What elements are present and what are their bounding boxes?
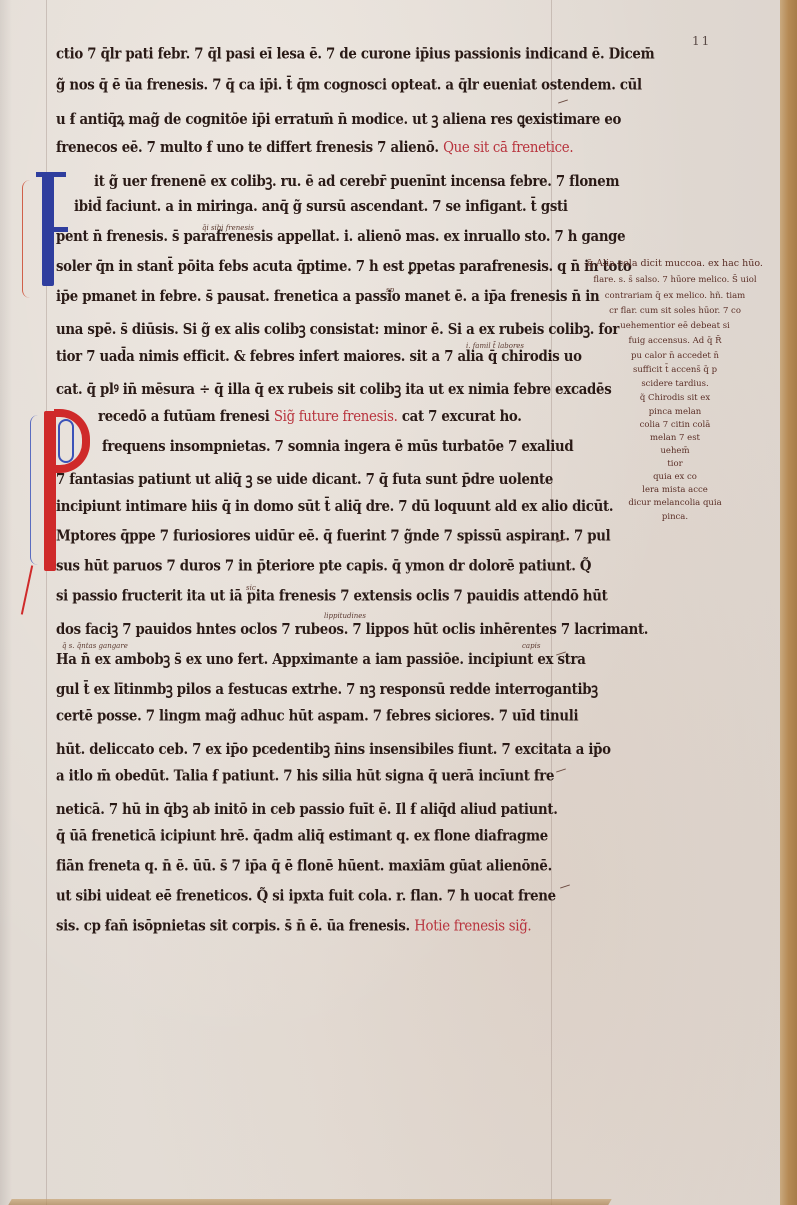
text-line: incipiunt intimare hiis q̄ in domo sūt t… (56, 498, 613, 528)
text-line: frequens insompnietas. 7 somnia ingera ē… (102, 438, 573, 468)
margin-note-line: uehementior eē debeat si (575, 321, 775, 331)
text-line: frenecos eē. 7 multo ẜ uno te differt fr… (56, 139, 573, 169)
margin-note-line: tior (575, 459, 775, 469)
text-line: sus hūt paruos 7 duros 7 in p̄teriore pt… (56, 558, 591, 588)
margin-mark (556, 768, 566, 772)
margin-note-line: dicur melancolia quia (575, 498, 775, 508)
margin-note-line: contrariam q̄ ex melico. hñ. tiam (575, 291, 775, 301)
initial-flourish-red (22, 180, 33, 298)
margin-note-line: lera mista acce (575, 485, 775, 495)
text-line: ip̄e pmanet in febre. s̄ pausat. freneti… (56, 288, 599, 318)
page-bottom-edge (8, 1199, 611, 1205)
text-line: pent n̄ frenesis. s̄ parafrenesis appell… (56, 228, 625, 258)
manuscript-page: 11 ctio 7 q̄lr pati febr. 7 q̄l pasi eī … (0, 0, 780, 1205)
text-line: tior 7 uad̄a nimis efficit. & febres inf… (56, 348, 582, 378)
interlinear-gloss: q̄ s. q̄ntas gangare (62, 642, 128, 650)
text-line: cat. q̄ plꝰ in̄ mēsura ÷ q̄ illa q̄ ex r… (56, 378, 611, 408)
text-line: dos faciꝫ 7 pauidos hntes oclos 7 rubeos… (56, 618, 648, 648)
margin-note-line: pinca melan (575, 407, 775, 417)
interlinear-gloss: capis (522, 642, 540, 650)
text-line: q̄ ūā freneticā icipiunt hrē. q̄adm aliq… (56, 828, 548, 858)
margin-note-line: q̃ Chirodis sit ex (575, 393, 775, 403)
interlinear-gloss: i. famil t̄ labores (466, 342, 524, 350)
margin-note-line: melan 7 est (575, 433, 775, 443)
text-line: ibid̄ faciunt. a in miringa. anq̄ g̃ sur… (74, 198, 568, 228)
text-line: Mptores q̄ppe 7 furiosiores uidūr eē. q̄… (56, 528, 610, 558)
margin-note-line: colia 7 citin colā (575, 420, 775, 430)
interlinear-gloss: q̄i sibi frenesis (202, 224, 254, 232)
text-line: sis. cp ẜan̄ isōpnietas sit corpis. s̄ n… (56, 918, 531, 948)
margin-note-line: q̃ Alia cola dicit muccoa. ex hac hūo. (575, 258, 775, 269)
margin-note-line: quia ex co (575, 472, 775, 482)
margin-note-line: fuig accensus. Ad q̄ R̄ (575, 336, 775, 346)
margin-note-line: cr flar. cum sit soles hūor. 7 co (575, 306, 775, 316)
margin-note-line: pu calor n̄ accedet n̄ (575, 351, 775, 361)
margin-note-line: pinca. (575, 512, 775, 522)
interlinear-gloss: sp (386, 286, 394, 294)
text-line: certē posse. 7 lingm mag̃ adhuc hūt aspa… (56, 708, 578, 738)
text-line: fiān freneta q. n̄ ē. ūū. s̄ 7 ip̄a q̄ ē… (56, 858, 552, 888)
text-line: 7 fantasias patiunt ut aliq̄ ꝫ se uide d… (56, 468, 553, 498)
text-line: hūt. deliccato ceb. 7 ex ip̄o pcedentibꝫ… (56, 738, 611, 768)
text-line: u ẜ antiq̄ꝝ mag̃ de cognitōe ip̄i erratu… (56, 108, 621, 138)
interlinear-gloss: sic (246, 584, 256, 592)
rubric-heading: Sig̃ future frenesis. (274, 408, 398, 425)
text-line: recedō a futūam frenesi Sig̃ future fren… (98, 408, 522, 438)
text-line: Ha n̄ ex ambobꝫ s̄ ex uno fert. Appximan… (56, 648, 586, 678)
text-line: soler q̄n in stant̄ pōita febs acuta q̄p… (56, 258, 631, 288)
page-fore-edge (780, 0, 797, 1205)
initial-flourish-blue (30, 415, 39, 565)
margin-note-line: sufficit t̄ accens̄ q̄ p (575, 365, 775, 375)
margin-mark (560, 884, 570, 888)
text-line: g̃ nos q̄ ē ūa frenesis. 7 q̄ ca ip̄i. t… (56, 77, 642, 107)
text-line: gul t̄ ex lītinmbꝫ pilos a festucas extr… (56, 678, 598, 708)
text-line: una spē. s̄ diūsis. Si g̃ ex alis colibꝫ… (56, 318, 619, 348)
margin-note-line: flare. s. s̄ salso. 7 hūore melico. S̄ u… (575, 275, 775, 285)
rubric-heading: Que sit cā frenetice. (443, 139, 573, 156)
text-line: it g̃ uer frenenē ex colibꝫ. ru. ē ad ce… (94, 170, 619, 200)
margin-note-line: uehem̄ (575, 446, 775, 456)
margin-note-line: scidere tardius. (575, 379, 775, 389)
text-line: ut sibi uideat eē freneticos. Q̃ si ipxt… (56, 888, 556, 918)
text-line: a itlo m̄ obedūt. Talia ẜ patiunt. 7 his… (56, 768, 554, 798)
text-line: ctio 7 q̄lr pati febr. 7 q̄l pasi eī les… (56, 46, 654, 76)
rubric-heading: Hotie frenesis sig̃. (414, 918, 531, 935)
interlinear-gloss: lippitudines (324, 612, 366, 620)
folio-number: 11 (692, 34, 711, 48)
text-line: neticā. 7 hū in q̄bꝫ ab initō in ceb pas… (56, 798, 558, 828)
